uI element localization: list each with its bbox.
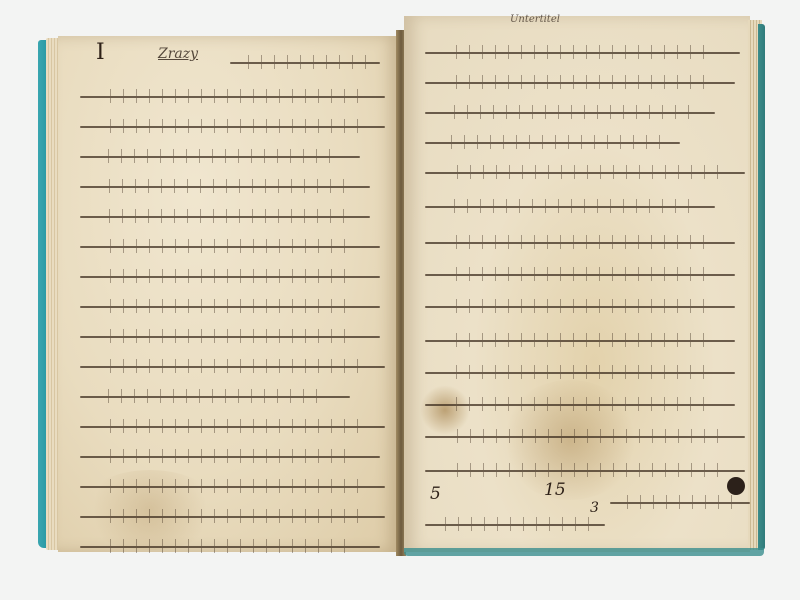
left-page-heading: Zrazy	[158, 46, 198, 62]
book-photo: I Zrazy Untertitel 5 15 3	[0, 0, 800, 600]
bottom-cover-edge	[404, 548, 764, 556]
right-book-cover	[758, 24, 765, 550]
page-number: I	[96, 40, 105, 65]
handwritten-number: 5	[430, 484, 441, 504]
right-page-heading: Untertitel	[510, 14, 560, 25]
handwritten-number: 3	[590, 500, 599, 516]
handwritten-number: 15	[544, 480, 566, 500]
left-page	[58, 36, 400, 552]
ink-blot	[727, 477, 745, 495]
